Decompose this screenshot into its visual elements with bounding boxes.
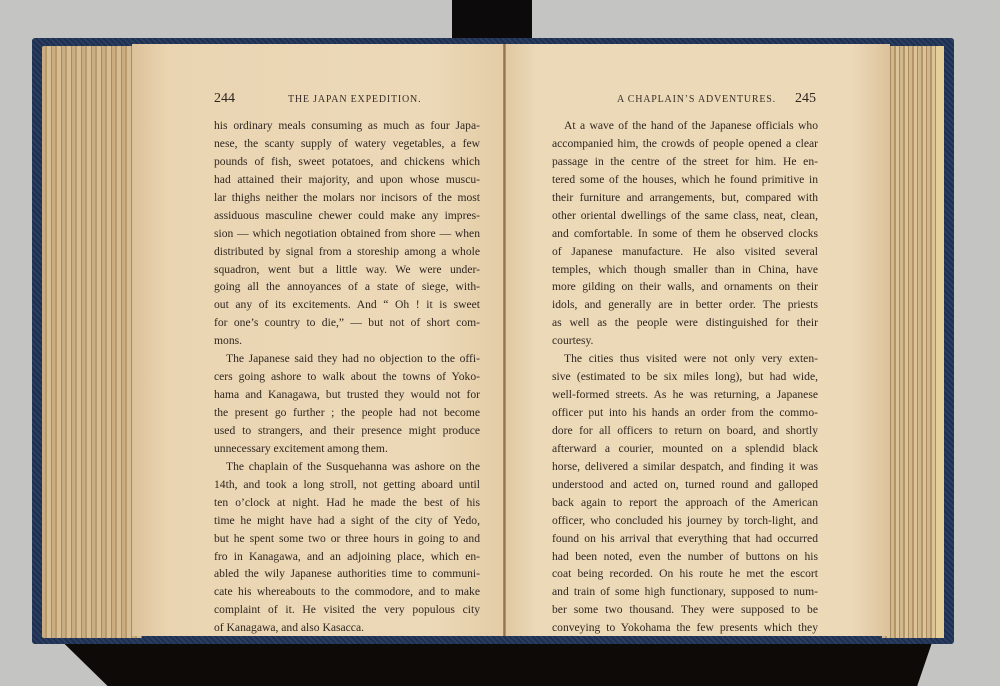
text-line: had attained their majority, and upon wh…: [214, 171, 480, 189]
text-line: conveying to Yokohama the few presents w…: [552, 619, 818, 637]
text-line: courtesy.: [552, 332, 818, 350]
text-line: other oriental dwellings of the same cla…: [552, 207, 818, 225]
text-line: as well as the people were distinguished…: [552, 314, 818, 332]
text-line: distributed by signal from a storeship a…: [214, 243, 480, 261]
text-line: squadron, went but a little way. We were…: [214, 261, 480, 279]
text-line: afterward a courier, mounted on a splend…: [552, 440, 818, 458]
text-line: well-formed streets. As he was returning…: [552, 386, 818, 404]
text-line: going all the annoyances of a state of s…: [214, 278, 480, 296]
page-edges-right: [882, 46, 944, 638]
text-line: sion — which negotiation obtained from s…: [214, 225, 480, 243]
text-line: used to strangers, and their presence mi…: [214, 422, 480, 440]
text-line: The cities thus visited were not only ve…: [552, 350, 818, 368]
text-line: lar thighs neither the molars nor inciso…: [214, 189, 480, 207]
text-line: of Kanagawa, and also Kasacca.: [214, 619, 480, 637]
text-line: had been noted, even the number of butto…: [552, 548, 818, 566]
text-line: understood and acted on, turned round an…: [552, 476, 818, 494]
text-line: The Japanese said they had no objection …: [214, 350, 480, 368]
left-page-number: 244: [214, 91, 235, 107]
right-page-body: At a wave of the hand of the Japanese of…: [552, 117, 818, 637]
text-line: hama and Kanagawa, but trusted they woul…: [214, 386, 480, 404]
text-line: horse, delivered a similar despatch, and…: [552, 458, 818, 476]
left-page-body: his ordinary meals consuming as much as …: [214, 117, 480, 637]
text-line: but he spent some two or three hours in …: [214, 530, 480, 548]
text-line: dore for all officers to return on board…: [552, 422, 818, 440]
text-line: the present go further ; the people had …: [214, 404, 480, 422]
text-line: more gilding on their walls, and ornamen…: [552, 278, 818, 296]
text-line: officer put into his hands an order from…: [552, 404, 818, 422]
text-line: The chaplain of the Susquehanna was asho…: [214, 458, 480, 476]
text-line: their furniture and arrangements, but, c…: [552, 189, 818, 207]
text-line: officer, who concluded his journey by to…: [552, 512, 818, 530]
text-line: mons.: [214, 332, 480, 350]
text-line: passage in the centre of the street for …: [552, 153, 818, 171]
text-line: out any of its excitements. And “ Oh ! i…: [214, 296, 480, 314]
text-line: his ordinary meals consuming as much as …: [214, 117, 480, 135]
text-line: ten o’clock at night. Had he made the be…: [214, 494, 480, 512]
text-line: and comfortable. In some of them he obse…: [552, 225, 818, 243]
text-line: coat being recorded. On his route he met…: [552, 565, 818, 583]
text-line: fro in Kanagawa, and an adjoining place,…: [214, 548, 480, 566]
text-line: found on his arrival that everything tha…: [552, 530, 818, 548]
text-line: cate his whereabouts to the commodore, a…: [214, 583, 480, 601]
text-line: unnecessary excitement among them.: [214, 440, 480, 458]
text-line: tered some of the houses, which he found…: [552, 171, 818, 189]
text-line: complaint of it. He visited the very pop…: [214, 601, 480, 619]
text-line: nese, the scanty supply of watery vegeta…: [214, 135, 480, 153]
text-line: ber some two thousand. They were suppose…: [552, 601, 818, 619]
text-line: assiduous masculine chewer could make an…: [214, 207, 480, 225]
text-line: and train of some high functionary, supp…: [552, 583, 818, 601]
text-line: accompanied him, the crowds of people op…: [552, 135, 818, 153]
text-line: temples, which though smaller than in Ch…: [552, 261, 818, 279]
right-running-head: A CHAPLAIN’S ADVENTURES.: [617, 94, 776, 110]
text-line: for one’s country to die,” — but not of …: [214, 314, 480, 332]
text-line: 14th, and took a long stroll, not gettin…: [214, 476, 480, 494]
text-line: of Japanese manufacture. He also visited…: [552, 243, 818, 261]
text-line: time he might have had a sight of the ci…: [214, 512, 480, 530]
text-line: back again to report the approach of the…: [552, 494, 818, 512]
text-line: cers going ashore to walk about the town…: [214, 368, 480, 386]
book-gutter: [503, 44, 506, 636]
text-line: At a wave of the hand of the Japanese of…: [552, 117, 818, 135]
left-running-head: THE JAPAN EXPEDITION.: [288, 94, 421, 110]
text-line: sive (estimated to be six miles long), b…: [552, 368, 818, 386]
text-line: abled the wily Japanese authorities time…: [214, 565, 480, 583]
text-line: pounds of fish, sweet potatoes, and chic…: [214, 153, 480, 171]
right-page-number: 245: [795, 91, 816, 107]
text-line: idols, and generally are in better order…: [552, 296, 818, 314]
page-edges-left: [42, 46, 142, 638]
